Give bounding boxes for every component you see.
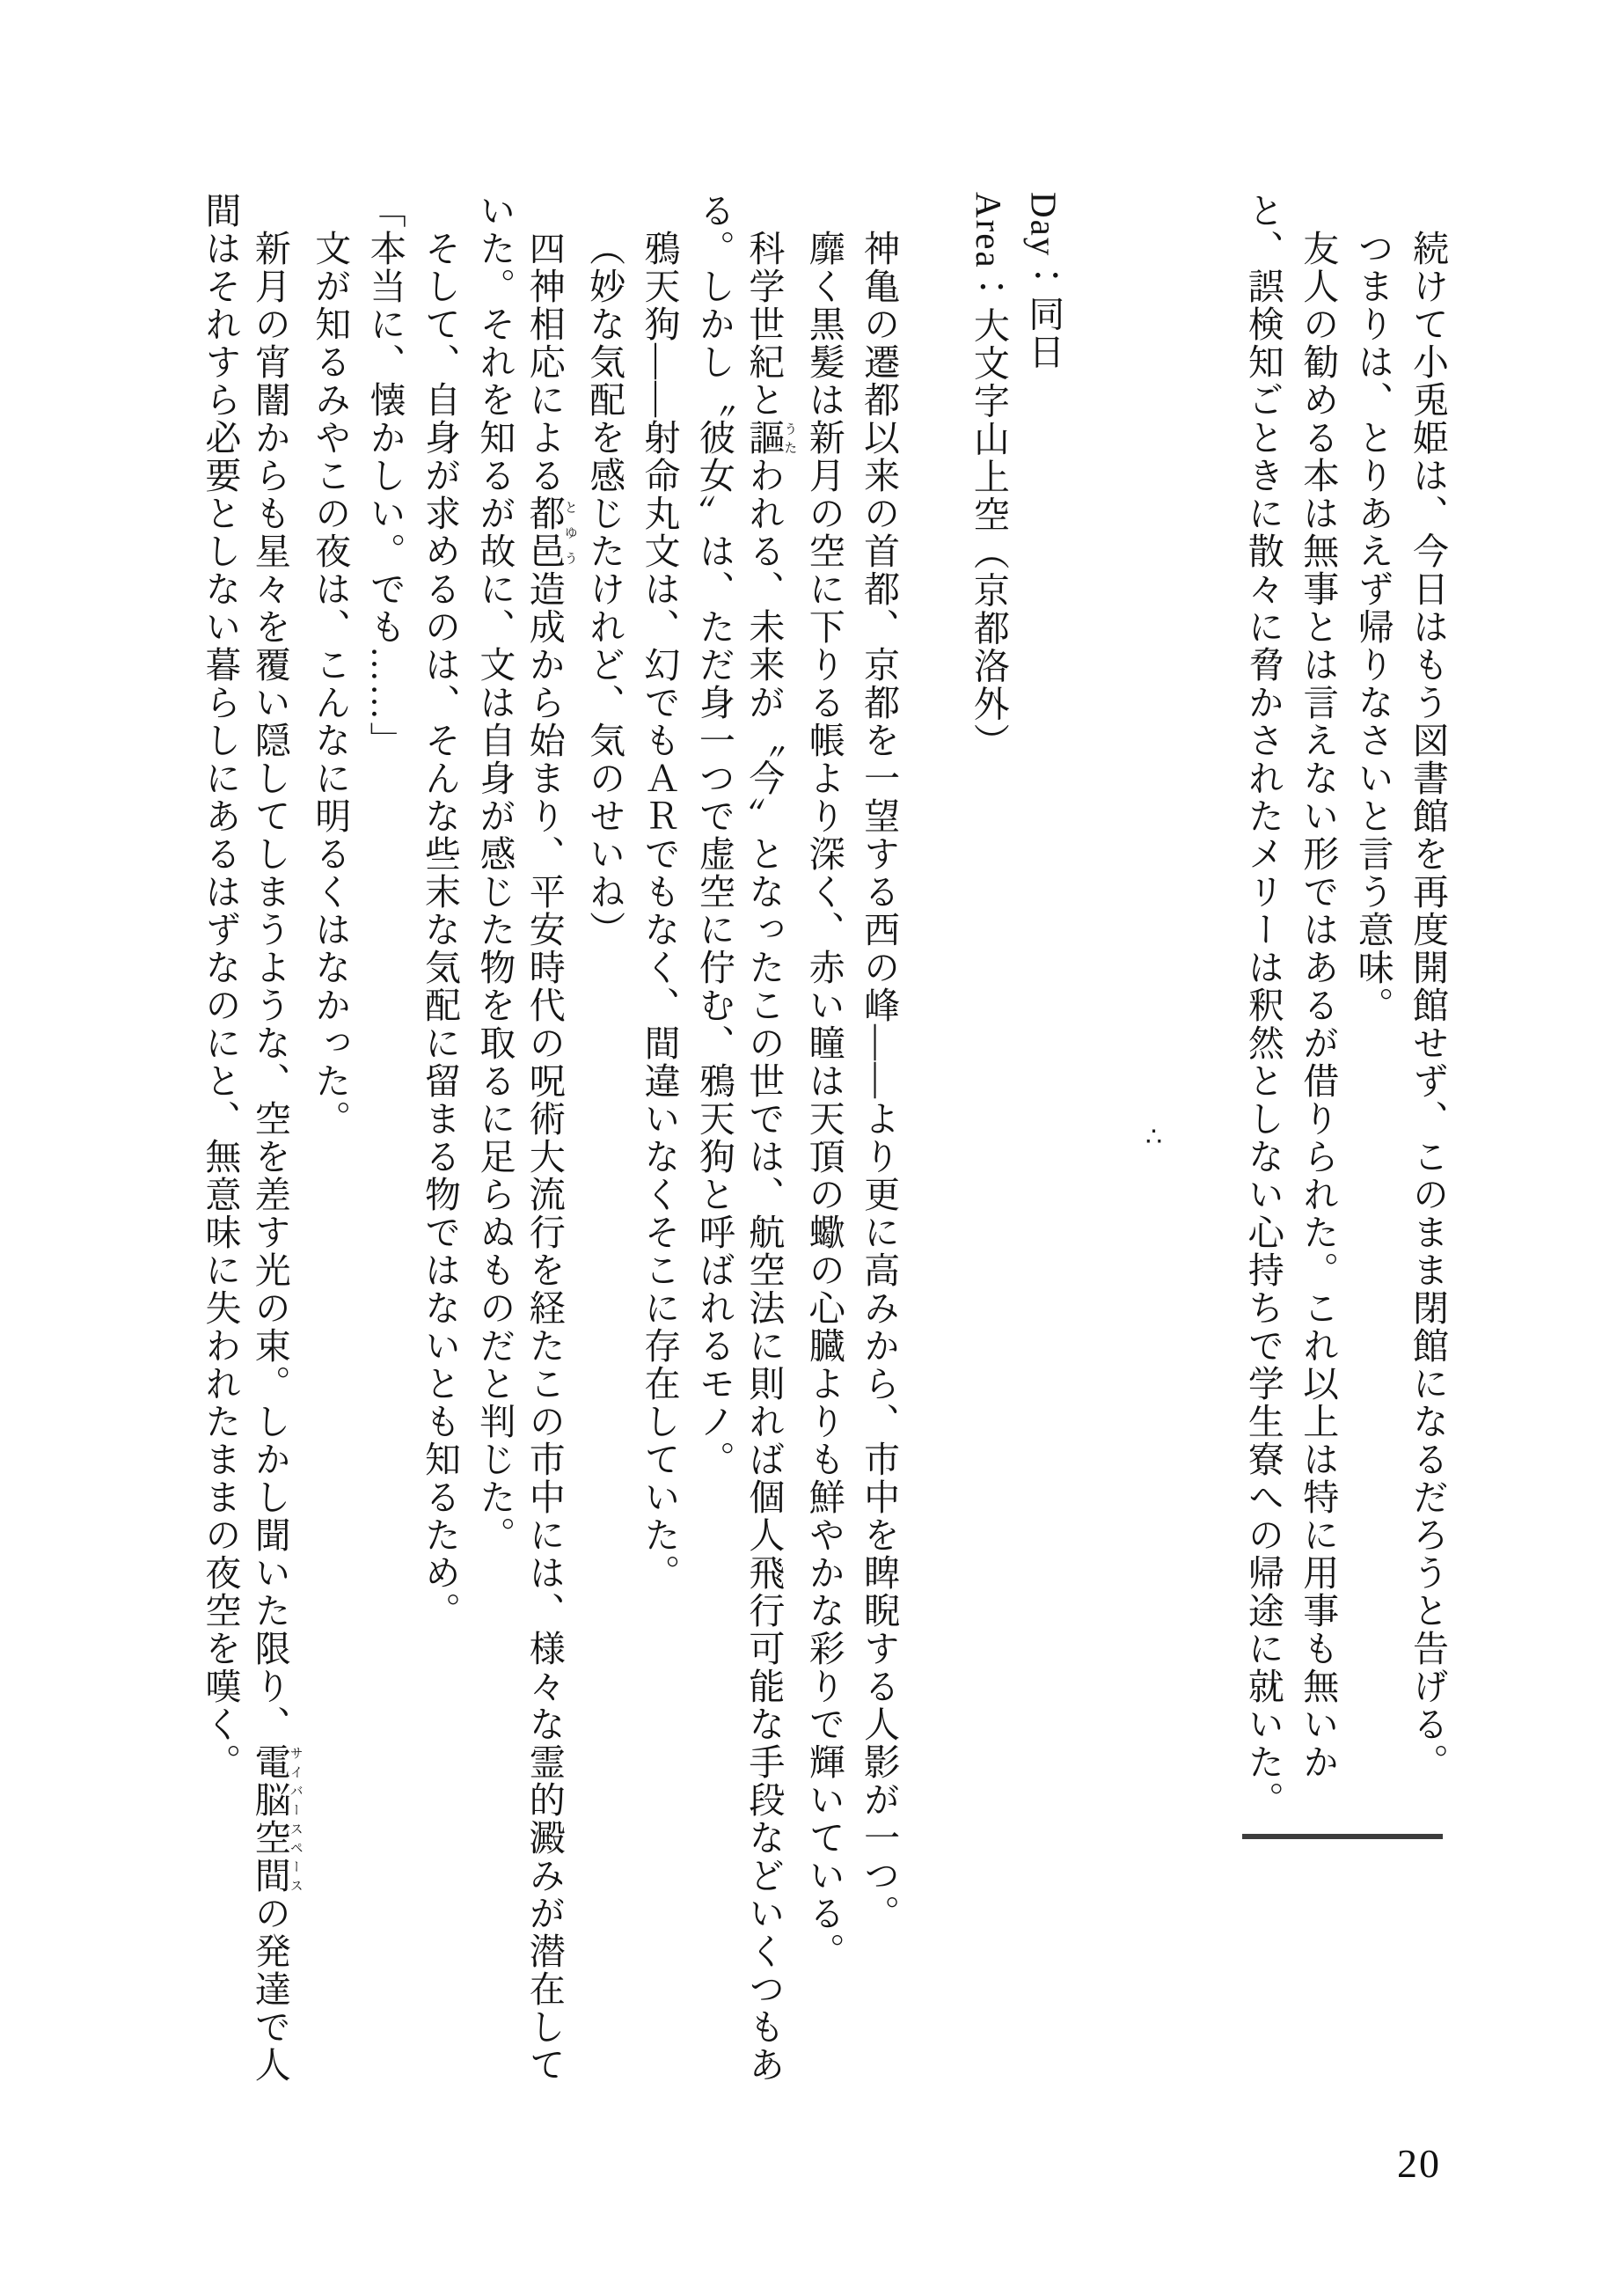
text-column: 神亀の遷都以来の首都、京都を一望する西の峰――より更に高みから、市中を睥睨する人… <box>852 192 906 2088</box>
text-column: 「本当に、懐かしい。でも……」 <box>357 192 412 2088</box>
blank-column <box>1071 192 1125 2088</box>
blank-column <box>1181 192 1235 2088</box>
ruby-annotated-text: 電脳空間サイバースペース <box>250 1743 290 1895</box>
vertical-text-block: 続けて小兎姫は、今日はもう図書館を再度開館せず、このまま閉館になるだろうと告げる… <box>192 192 1455 2088</box>
scene-divider: ∴ <box>1126 192 1181 2088</box>
page-number: 20 <box>1397 2140 1441 2187</box>
text-column: 間はそれすら必要としない暮らしにあるはずなのにと、無意味に失われたままの夜空を嘆… <box>193 192 247 2088</box>
text-column: そして、自身が求めるのは、そんな些末な気配に留まる物ではないとも知るため。 <box>413 192 467 2088</box>
ruby-annotated-text: 都邑とゆう <box>524 495 565 570</box>
text-column: 鴉天狗――射命丸文は、幻でもＡＲでもなく、間違いなくそこに存在していた。 <box>632 192 686 2088</box>
text-column: 友人の勧める本は無事とは言えない形ではあるが借りられた。これ以上は特に用事も無い… <box>1291 192 1345 2088</box>
text-column: る。しかし〝彼女〟は、ただ身一つで虚空に佇む、鴉天狗と呼ばれるモノ。 <box>687 192 742 2088</box>
text-column: （妙な気配を感じたけれど、気のせいね） <box>577 192 632 2088</box>
text-column: 続けて小兎姫は、今日はもう図書館を再度開館せず、このまま閉館になるだろうと告げる… <box>1401 192 1455 2088</box>
text-column: 科学世紀と謳うたわれる、未来が〝今〟となったこの世では、航空法に則れば個人飛行可… <box>742 192 796 2088</box>
ruby-annotated-text: 謳うた <box>743 419 784 457</box>
text-column: 文が知るみやこの夜は、こんなに明るくはなかった。 <box>303 192 357 2088</box>
area-line: Area：大文字山上空（京都洛外） <box>961 192 1015 2088</box>
text-column: 新月の宵闇からも星々を覆い隠してしまうような、空を差す光の束。しかし聞いた限り、… <box>247 192 302 2088</box>
text-column: 四神相応による都邑とゆう造成から始まり、平安時代の呪術大流行を経たこの市中には、… <box>522 192 576 2088</box>
day-line: Day：同日 <box>1016 192 1071 2088</box>
text-column: つまりは、とりあえず帰りなさいと言う意味。 <box>1345 192 1400 2088</box>
text-column: いた。それを知るが故に、文は自身が感じた物を取るに足らぬものだと判じた。 <box>467 192 522 2088</box>
section-end-rule <box>1242 1834 1443 1839</box>
text-column: 靡く黒髪は新月の空に下りる帳より深く、赤い瞳は天頂の蠍の心臓よりも鮮やかな彩りで… <box>796 192 851 2088</box>
blank-column <box>906 192 961 2088</box>
text-column: と、誤検知ごときに散々に脅かされたメリーは釈然としない心持ちで学生寮への帰途に就… <box>1235 192 1290 2088</box>
